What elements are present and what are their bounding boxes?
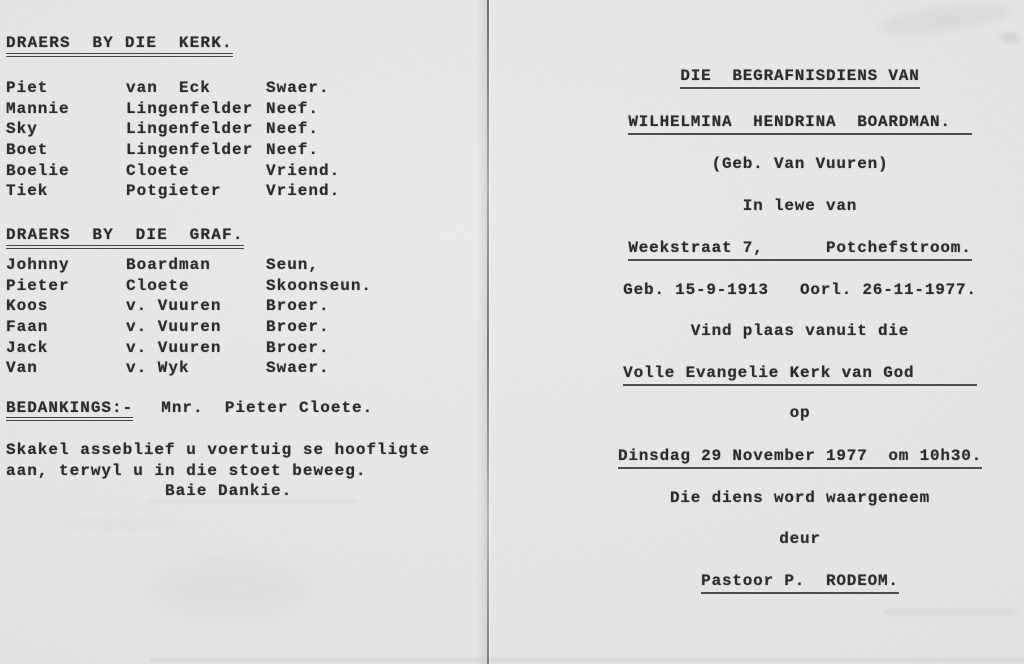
section-heading-draers-kerk: DRAERS BY DIE KERK. <box>6 34 233 52</box>
cell-surname: Lingenfelder <box>126 119 266 140</box>
cell-relation: Broer. <box>266 338 480 359</box>
cell-relation: Skoonseun. <box>266 276 480 297</box>
cell-name: Boelie <box>6 161 126 182</box>
cell-name: Koos <box>6 296 126 317</box>
bedankings-value: Mnr. Pieter Cloete. <box>161 399 373 417</box>
program-line: Pastoor P. RODEOM. <box>576 571 1024 592</box>
cell-relation: Vriend. <box>266 181 480 202</box>
cell-surname: v. Vuuren <box>126 317 266 338</box>
right-page: DIE BEGRAFNISDIENS VANWILHELMINA HENDRIN… <box>490 0 1024 664</box>
cell-surname: Lingenfelder <box>126 140 266 161</box>
scanned-funeral-program: DRAERS BY DIE KERK. Pietvan EckSwaer.Man… <box>0 0 1024 664</box>
cell-name: Boet <box>6 140 126 161</box>
notice-text: Skakel asseblief u voertuig se hoofligte <box>6 441 430 459</box>
program-line: op <box>576 403 1024 424</box>
program-line-text: Dinsdag 29 November 1977 om 10h30. <box>618 447 982 469</box>
table-row: Jackv. VuurenBroer. <box>6 338 480 359</box>
table-row: SkyLingenfelderNeef. <box>6 119 480 140</box>
cell-relation: Swaer. <box>266 78 480 99</box>
program-line: Geb. 15-9-1913 Oorl. 26-11-1977. <box>576 280 1024 301</box>
program-line-text: Volle Evangelie Kerk van God <box>623 364 977 386</box>
heading-text: DRAERS BY DIE GRAF. <box>6 226 244 249</box>
table-row: Pietvan EckSwaer. <box>6 78 480 99</box>
table-row: BoelieCloeteVriend. <box>6 161 480 182</box>
program-line-text: WILHELMINA HENDRINA BOARDMAN. <box>628 113 971 135</box>
program-line: (Geb. Van Vuuren) <box>576 154 1024 175</box>
cell-surname: van Eck <box>126 78 266 99</box>
table-row: Koosv. VuurenBroer. <box>6 296 480 317</box>
program-line-text: DIE BEGRAFNISDIENS VAN <box>680 67 919 89</box>
cell-relation: Seun, <box>266 255 480 276</box>
cell-relation: Broer. <box>266 317 480 338</box>
table-row: PieterCloeteSkoonseun. <box>6 276 480 297</box>
cell-surname: v. Vuuren <box>126 296 266 317</box>
program-line-text: Weekstraat 7, Potchefstroom. <box>628 239 971 261</box>
program-line: Dinsdag 29 November 1977 om 10h30. <box>576 446 1024 467</box>
cell-surname: v. Wyk <box>126 358 266 379</box>
program-line-text: op <box>790 404 811 422</box>
cell-name: Faan <box>6 317 126 338</box>
cell-relation: Neef. <box>266 99 480 120</box>
table-draers-graf: JohnnyBoardmanSeun,PieterCloeteSkoonseun… <box>6 255 480 379</box>
left-page: DRAERS BY DIE KERK. Pietvan EckSwaer.Man… <box>6 0 480 664</box>
cell-relation: Neef. <box>266 140 480 161</box>
program-line-text: Die diens word waargeneem <box>670 489 930 507</box>
program-line-text: In lewe van <box>743 197 857 215</box>
cell-surname: Cloete <box>126 161 266 182</box>
program-line-text: Vind plaas vanuit die <box>691 322 909 340</box>
program-line: In lewe van <box>576 196 1024 217</box>
cell-name: Jack <box>6 338 126 359</box>
section-heading-draers-graf: DRAERS BY DIE GRAF. <box>6 226 244 244</box>
table-row: Vanv. WykSwaer. <box>6 358 480 379</box>
cell-surname: Cloete <box>126 276 266 297</box>
program-line-text: Geb. 15-9-1913 Oorl. 26-11-1977. <box>623 281 977 299</box>
cell-surname: Potgieter <box>126 181 266 202</box>
notice-line: aan, terwyl u in die stoet beweeg. <box>6 461 430 482</box>
cell-name: Sky <box>6 119 126 140</box>
table-draers-kerk: Pietvan EckSwaer.MannieLingenfelderNeef.… <box>6 78 480 202</box>
program-line: Die diens word waargeneem <box>576 488 1024 509</box>
cell-name: Van <box>6 358 126 379</box>
vehicle-lights-notice: Skakel asseblief u voertuig se hoofligte… <box>6 440 430 502</box>
table-row: Faanv. VuurenBroer. <box>6 317 480 338</box>
notice-text: aan, terwyl u in die stoet beweeg. <box>6 462 366 480</box>
program-line: Volle Evangelie Kerk van God <box>576 363 1024 384</box>
program-line-text: deur <box>779 530 821 548</box>
program-line: deur <box>576 529 1024 550</box>
notice-line: Baie Dankie. <box>6 481 430 502</box>
cell-relation: Swaer. <box>266 358 480 379</box>
table-row: TiekPotgieterVriend. <box>6 181 480 202</box>
bedankings-line: BEDANKINGS:-Mnr. Pieter Cloete. <box>6 397 373 419</box>
program-line-text: Pastoor P. RODEOM. <box>701 572 899 594</box>
table-row: BoetLingenfelderNeef. <box>6 140 480 161</box>
notice-text: Baie Dankie. <box>6 482 292 500</box>
cell-relation: Broer. <box>266 296 480 317</box>
fold-line <box>487 0 489 664</box>
cell-name: Mannie <box>6 99 126 120</box>
program-line: DIE BEGRAFNISDIENS VAN <box>576 66 1024 87</box>
program-line: Vind plaas vanuit die <box>576 321 1024 342</box>
table-row: MannieLingenfelderNeef. <box>6 99 480 120</box>
cell-surname: v. Vuuren <box>126 338 266 359</box>
notice-line: Skakel asseblief u voertuig se hoofligte <box>6 440 430 461</box>
cell-name: Pieter <box>6 276 126 297</box>
cell-name: Piet <box>6 78 126 99</box>
program-line-text: (Geb. Van Vuuren) <box>712 155 889 173</box>
cell-relation: Neef. <box>266 119 480 140</box>
program-line: WILHELMINA HENDRINA BOARDMAN. <box>576 112 1024 133</box>
cell-name: Johnny <box>6 255 126 276</box>
heading-text: DRAERS BY DIE KERK. <box>6 34 233 57</box>
bedankings-label: BEDANKINGS:- <box>6 399 133 421</box>
cell-relation: Vriend. <box>266 161 480 182</box>
table-row: JohnnyBoardmanSeun, <box>6 255 480 276</box>
cell-surname: Lingenfelder <box>126 99 266 120</box>
cell-name: Tiek <box>6 181 126 202</box>
cell-surname: Boardman <box>126 255 266 276</box>
program-line: Weekstraat 7, Potchefstroom. <box>576 238 1024 259</box>
